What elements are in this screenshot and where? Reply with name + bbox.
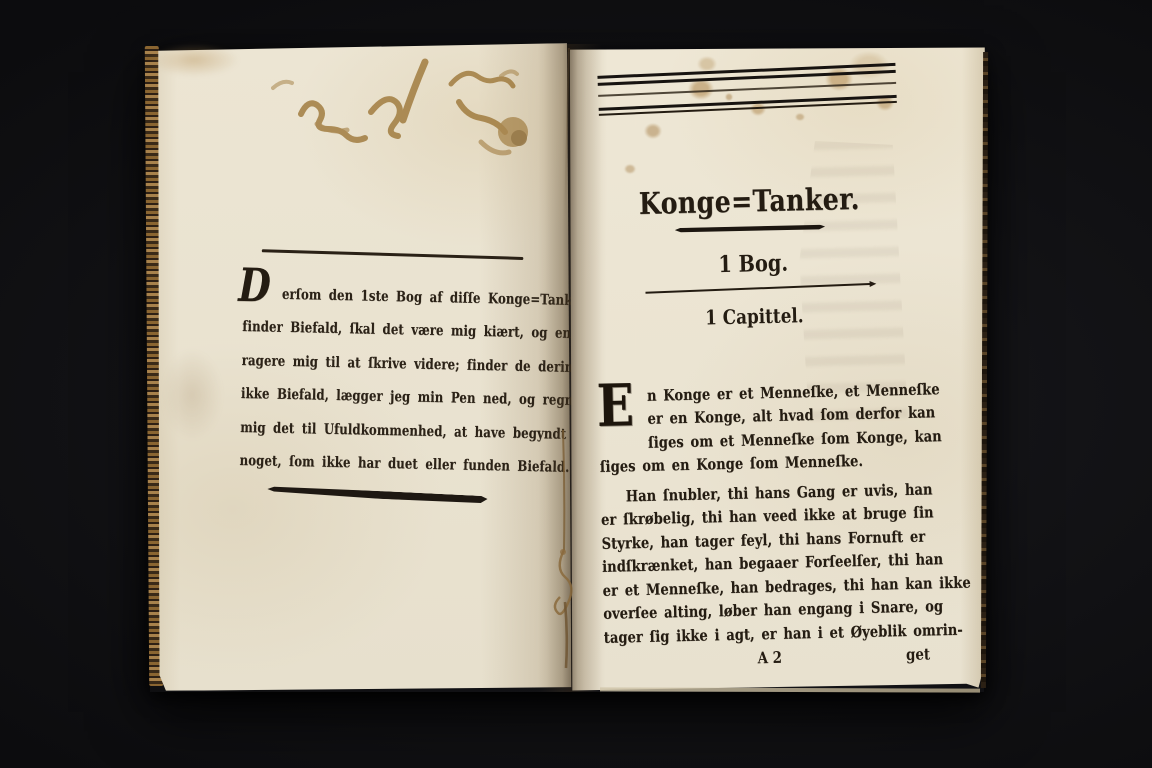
faint-ghost-stain xyxy=(152,330,232,460)
rule-below-book-heading xyxy=(645,282,873,293)
preface-line: noget, ſom ikke har duet eller funden Bi… xyxy=(239,444,547,484)
back-board-edge xyxy=(981,52,988,688)
drop-cap-d: D xyxy=(238,261,271,308)
left-page-text-block: D erſom den 1ste Bog af diſſe Konge=Tank… xyxy=(239,250,552,502)
book-heading: 1 Bog. xyxy=(585,245,922,283)
handwritten-ink-offset-mark xyxy=(213,50,543,180)
chapter-paragraph-1: E n Konge er et Menneſke, et Menneſke er… xyxy=(598,377,936,479)
chapter-paragraph-2: Han ſnubler, thi hans Gang er uvis, han … xyxy=(600,477,940,649)
chapter-heading: 1 Capittel. xyxy=(586,299,923,333)
drop-cap-e: E xyxy=(596,376,635,435)
preface-paragraph: D erſom den 1ste Bog af diſſe Konge=Tank… xyxy=(239,276,551,483)
catchword: get xyxy=(906,642,931,667)
right-page-text-block: Konge=Tanker. 1 Bog. 1 Capittel. E n Kon… xyxy=(591,68,940,673)
title-underline xyxy=(675,224,825,232)
signature-mark: A 2 xyxy=(757,646,782,671)
preface-line: finder Biefald, ſkal det være mig kiært,… xyxy=(242,310,550,350)
preface-line: ikke Biefald, lægger jeg min Pen ned, og… xyxy=(241,377,549,417)
photo-backdrop: D erſom den 1ste Bog af diſſe Konge=Tank… xyxy=(0,0,1152,768)
binding-thread xyxy=(548,430,582,670)
page-title: Konge=Tanker. xyxy=(581,180,918,224)
head-rule-thin xyxy=(598,82,896,96)
